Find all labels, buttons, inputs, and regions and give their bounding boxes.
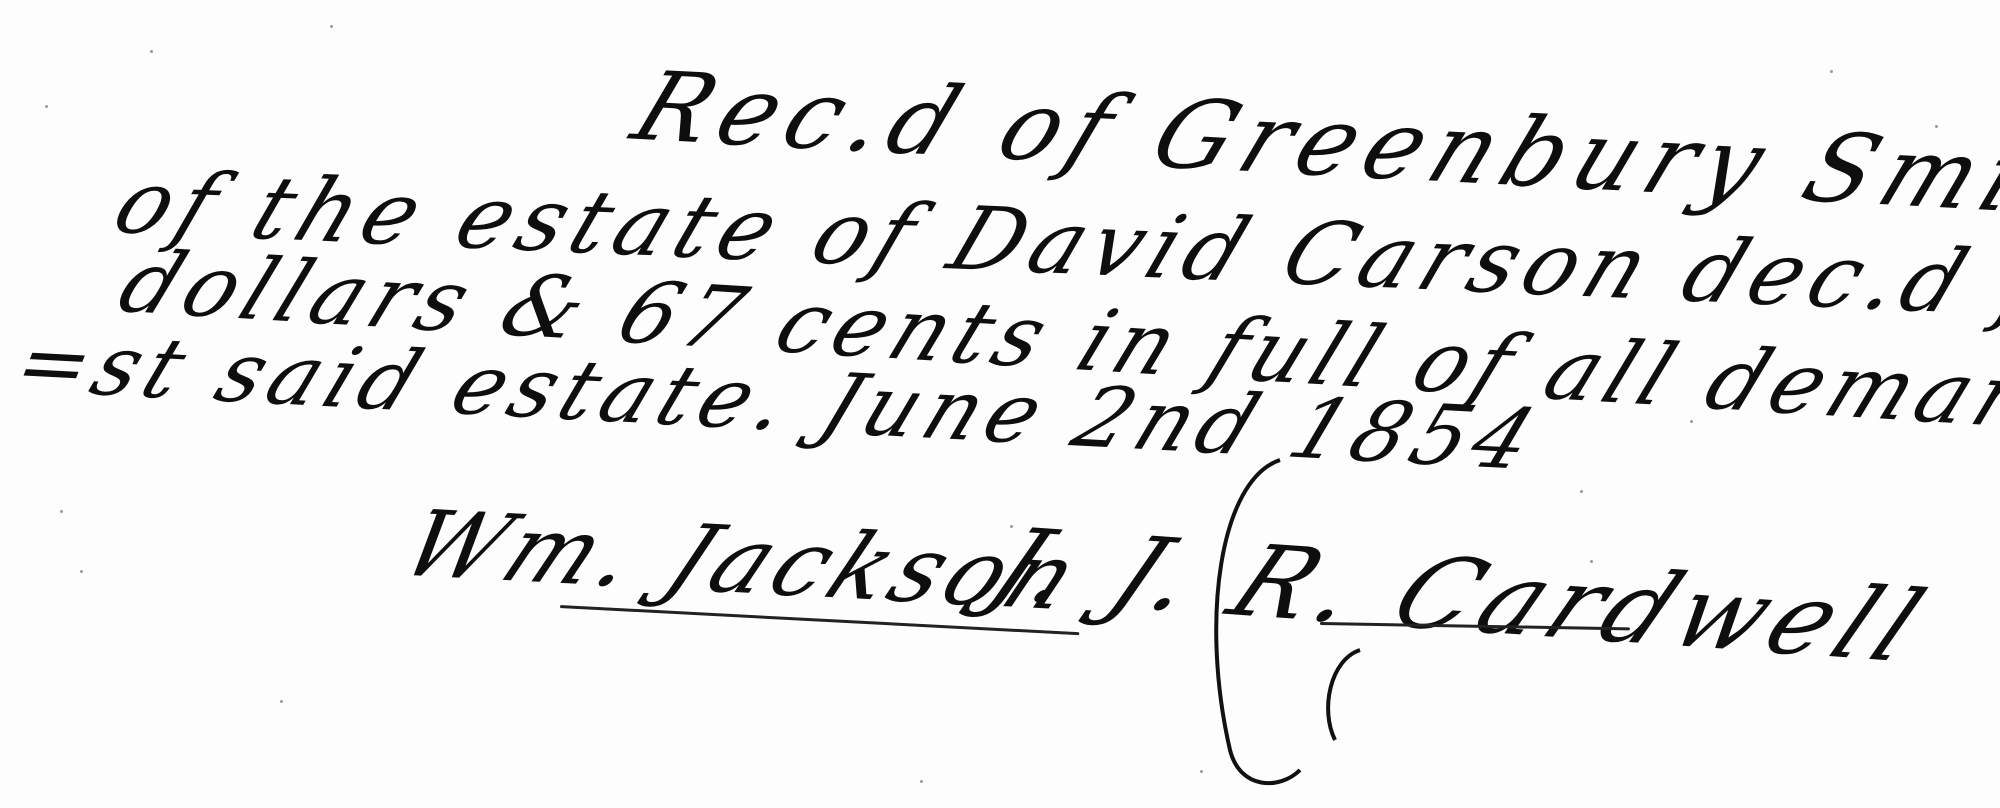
paper-speck — [1580, 490, 1583, 493]
paper-speck — [280, 700, 283, 703]
paper-speck — [80, 570, 83, 573]
paper-speck — [330, 25, 333, 28]
signature-cardwell: J. J. R. Cardwell — [972, 507, 1948, 685]
scanned-document-page: Rec.d of Greenbury Smith Adm of the esta… — [0, 0, 2000, 808]
paper-speck — [45, 105, 48, 108]
paper-speck — [150, 50, 153, 53]
paper-speck — [60, 510, 63, 513]
signature-flourish-icon — [1160, 420, 1420, 800]
paper-speck — [920, 780, 923, 783]
paper-speck — [1830, 70, 1833, 73]
